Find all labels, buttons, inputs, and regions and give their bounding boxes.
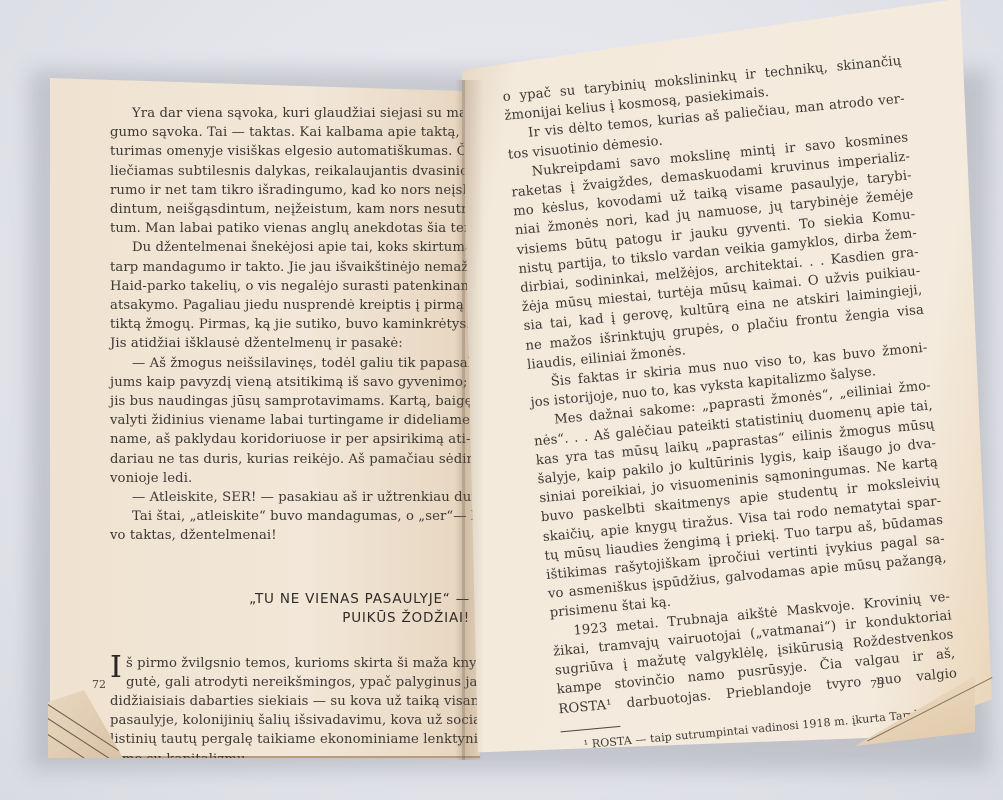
text-line: Jis atidžiai išklausė džentelmenų ir pas… [110, 334, 470, 353]
text-line: Tai štai, „atleiskite“ buvo mandagumas, … [110, 507, 470, 526]
text-line: turimas omenyje visiškas elgesio automat… [110, 142, 470, 161]
text-line: tiktą žmogų. Pirmas, ką jie sutiko, buvo… [110, 315, 470, 334]
text-line: tum. Man labai patiko vienas anglų anekd… [110, 219, 470, 238]
page-number-left: 72 [92, 678, 106, 691]
text-line: Yra dar viena sąvoka, kuri glaudžiai sie… [110, 104, 470, 123]
text-line: liečiamas subtilesnis dalykas, reikalauj… [110, 162, 470, 181]
text-line: Iš pirmo žvilgsnio temos, kurioms skirta… [110, 654, 470, 673]
left-page: Yra dar viena sąvoka, kuri glaudžiai sie… [50, 78, 480, 758]
right-page-text: o ypač su tarybinių mokslininkų ir techn… [502, 52, 963, 772]
text-line: Labai kuklūs pasirodys šioje knygutėje p… [110, 769, 470, 788]
text-line: name, aš paklydau koridoriuose ir per ap… [110, 430, 470, 449]
text-line: — Atleiskite, SER! — pasakiau aš ir užtr… [110, 488, 470, 507]
text-line: jums kaip pavyzdį vieną atsitikimą iš sa… [110, 373, 470, 392]
text-line: — Aš žmogus neišsilavinęs, todėl galiu t… [110, 354, 470, 373]
text-line: Du džentelmenai šnekėjosi apie tai, koks… [110, 238, 470, 257]
text-line: jis bus naudingas jūsų samprotavimams. K… [110, 392, 470, 411]
heading-line-1: „TU NE VIENAS PASAULYJE“ — [110, 590, 470, 609]
text-line: vo taktas, džentelmenai! [110, 526, 470, 545]
footnote-rule [561, 726, 621, 732]
text-line: dariau ne tas duris, kurias reikėjo. Aš … [110, 450, 470, 469]
heading-line-2: PUIKŪS ŽODŽIAI! [110, 609, 470, 628]
text-line: Haid-parko takelių, o vis negalėjo suras… [110, 277, 470, 296]
drop-cap: I [110, 654, 122, 678]
text-line: pasaulyje, kolonijinių šalių išsivadavim… [110, 711, 470, 730]
text-line: didžiaisiais dabarties siekiais — su kov… [110, 692, 470, 711]
text-line: listinių tautų pergalę taikiame ekonomin… [110, 730, 470, 749]
text-line: tarp mandagumo ir takto. Jie jau išvaikš… [110, 258, 470, 277]
page-number-right: 73 [870, 678, 884, 691]
text-line: gumo sąvoka. Tai — taktas. Kai kalbama a… [110, 123, 470, 142]
text-line: atsakymo. Pagaliau jiedu nusprendė kreip… [110, 296, 470, 315]
text-line: valyti židinius viename labai turtingame… [110, 411, 470, 430]
left-page-text: Yra dar viena sąvoka, kuri glaudžiai sie… [110, 104, 470, 800]
right-page: o ypač su tarybinių mokslininkų ir techn… [462, 0, 992, 760]
text-line: rumo ir net tam tikro išradingumo, kad k… [110, 181, 470, 200]
text-line: vonioje ledi. [110, 469, 470, 488]
text-line: gutė, gali atrodyti nereikšmingos, ypač … [110, 673, 470, 692]
gutter [462, 80, 484, 760]
chapter-opening: Iš pirmo žvilgsnio temos, kurioms skirta… [110, 654, 470, 800]
text-line: dintum, neišgąsdintum, neįžeistum, kam n… [110, 200, 470, 219]
text-line: simai ir palyginus juos su milžiniškais … [110, 788, 470, 800]
section-heading: „TU NE VIENAS PASAULYJE“ — PUIKŪS ŽODŽIA… [110, 590, 470, 628]
